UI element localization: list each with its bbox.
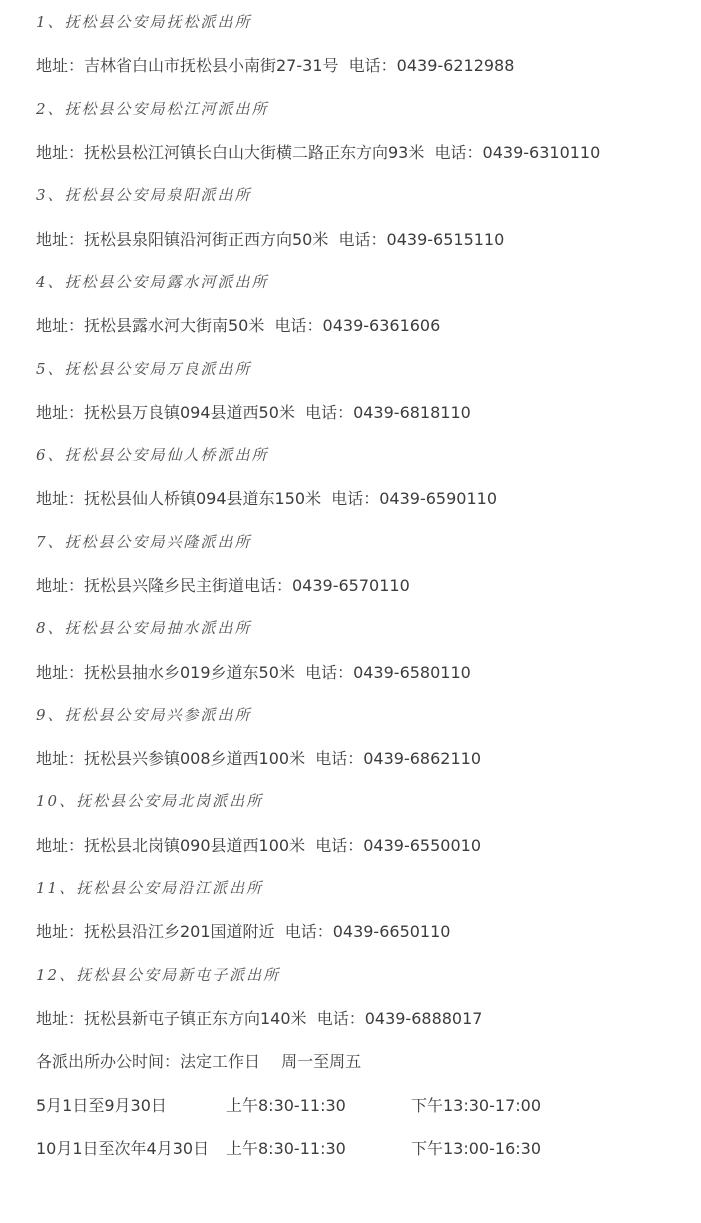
office-hours-header: 各派出所办公时间：法定工作日 周一至周五	[36, 1039, 701, 1082]
station-address: 地址：抚松县仙人桥镇094县道东150米 电话：0439-6590110	[36, 476, 701, 519]
station-entry: 9、抚松县公安局兴参派出所 地址：抚松县兴参镇008乡道西100米 电话：043…	[36, 693, 701, 780]
station-entry: 4、抚松县公安局露水河派出所 地址：抚松县露水河大街南50米 电话：0439-6…	[36, 260, 701, 347]
station-entry: 5、抚松县公安局万良派出所 地址：抚松县万良镇094县道西50米 电话：0439…	[36, 346, 701, 433]
station-entry: 3、抚松县公安局泉阳派出所 地址：抚松县泉阳镇沿河街正西方向50米 电话：043…	[36, 173, 701, 260]
station-title: 8、抚松县公安局抽水派出所	[36, 606, 701, 649]
station-entry: 11、抚松县公安局沿江派出所 地址：抚松县沿江乡201国道附近 电话：0439-…	[36, 866, 701, 953]
station-title: 4、抚松县公安局露水河派出所	[36, 260, 701, 303]
station-address: 地址：抚松县兴隆乡民主街道电话：0439-6570110	[36, 563, 701, 606]
station-title: 2、抚松县公安局松江河派出所	[36, 87, 701, 130]
station-title: 1、抚松县公安局抚松派出所	[36, 0, 701, 43]
station-address: 地址：抚松县万良镇094县道西50米 电话：0439-6818110	[36, 390, 701, 433]
schedule-period: 10月1日至次年4月30日	[36, 1136, 226, 1159]
station-title: 7、抚松县公安局兴隆派出所	[36, 520, 701, 563]
station-title: 9、抚松县公安局兴参派出所	[36, 693, 701, 736]
station-entry: 6、抚松县公安局仙人桥派出所 地址：抚松县仙人桥镇094县道东150米 电话：0…	[36, 433, 701, 520]
schedule-morning-hours: 上午8:30-11:30	[226, 1093, 411, 1116]
station-entry: 2、抚松县公安局松江河派出所 地址：抚松县松江河镇长白山大街横二路正东方向93米…	[36, 87, 701, 174]
station-address: 地址：抚松县露水河大街南50米 电话：0439-6361606	[36, 303, 701, 346]
station-address: 地址：抚松县北岗镇090县道西100米 电话：0439-6550010	[36, 823, 701, 866]
station-entry: 12、抚松县公安局新屯子派出所 地址：抚松县新屯子镇正东方向140米 电话：04…	[36, 953, 701, 1040]
station-entry: 8、抚松县公安局抽水派出所 地址：抚松县抽水乡019乡道东50米 电话：0439…	[36, 606, 701, 693]
station-entry: 10、抚松县公安局北岗派出所 地址：抚松县北岗镇090县道西100米 电话：04…	[36, 779, 701, 866]
station-entry: 1、抚松县公安局抚松派出所 地址：吉林省白山市抚松县小南街27-31号 电话：0…	[36, 0, 701, 87]
schedule-morning-hours: 上午8:30-11:30	[226, 1136, 411, 1159]
station-title: 10、抚松县公安局北岗派出所	[36, 779, 701, 822]
station-address: 地址：抚松县沿江乡201国道附近 电话：0439-6650110	[36, 909, 701, 952]
station-address: 地址：抚松县新屯子镇正东方向140米 电话：0439-6888017	[36, 996, 701, 1039]
station-address: 地址：吉林省白山市抚松县小南街27-31号 电话：0439-6212988	[36, 43, 701, 86]
station-title: 12、抚松县公安局新屯子派出所	[36, 953, 701, 996]
schedule-afternoon-hours: 下午13:30-17:00	[411, 1093, 541, 1116]
station-title: 5、抚松县公安局万良派出所	[36, 346, 701, 389]
station-address: 地址：抚松县泉阳镇沿河街正西方向50米 电话：0439-6515110	[36, 216, 701, 259]
schedule-afternoon-hours: 下午13:00-16:30	[411, 1136, 541, 1159]
station-title: 3、抚松县公安局泉阳派出所	[36, 173, 701, 216]
station-address: 地址：抚松县松江河镇长白山大街横二路正东方向93米 电话：0439-631011…	[36, 130, 701, 173]
schedule-row-winter: 10月1日至次年4月30日 上午8:30-11:30 下午13:00-16:30	[36, 1126, 701, 1169]
station-address: 地址：抚松县抽水乡019乡道东50米 电话：0439-6580110	[36, 649, 701, 692]
station-title: 6、抚松县公安局仙人桥派出所	[36, 433, 701, 476]
station-title: 11、抚松县公安局沿江派出所	[36, 866, 701, 909]
station-address: 地址：抚松县兴参镇008乡道西100米 电话：0439-6862110	[36, 736, 701, 779]
schedule-period: 5月1日至9月30日	[36, 1093, 226, 1116]
station-entry: 7、抚松县公安局兴隆派出所 地址：抚松县兴隆乡民主街道电话：0439-65701…	[36, 520, 701, 607]
police-station-directory: 1、抚松县公安局抚松派出所 地址：吉林省白山市抚松县小南街27-31号 电话：0…	[0, 0, 701, 1223]
schedule-row-summer: 5月1日至9月30日 上午8:30-11:30 下午13:30-17:00	[36, 1082, 701, 1125]
